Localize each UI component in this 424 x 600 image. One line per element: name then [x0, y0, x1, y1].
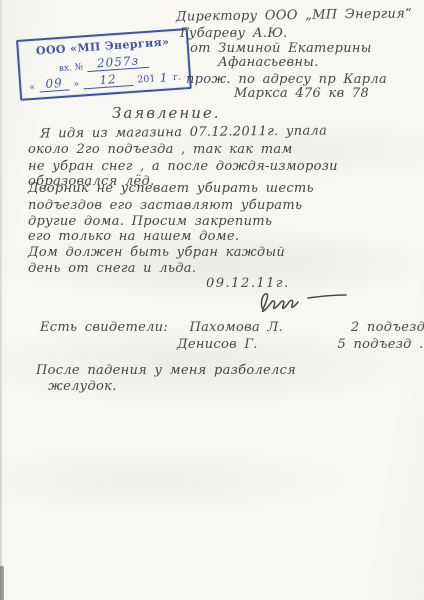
- body-line: другие дома. Просим закрепить: [28, 214, 272, 229]
- stamp-month: 12: [83, 72, 133, 89]
- witness-name: Денисов Г.: [177, 337, 305, 352]
- sender-line: от Зиминой Екатерины: [190, 41, 372, 56]
- address-line: Маркса 476 кв 78: [234, 86, 369, 101]
- recipient-line: Губареву А.Ю.: [180, 26, 288, 41]
- stamp-close-quote: »: [73, 79, 80, 90]
- witness-name: Пахомова Л.: [189, 320, 317, 335]
- scan-edge-shadow: [0, 0, 2, 600]
- body-line: день от снега и льда.: [28, 261, 196, 276]
- body-line: подъездов его заставляют убирать: [28, 198, 302, 213]
- witnesses-label: Есть свидетели:: [40, 320, 168, 335]
- stamp-year-suffix: г.: [173, 72, 182, 84]
- witness-unit: 5 подъезд .: [337, 337, 423, 352]
- body-line: его только на нашем доме.: [28, 229, 239, 244]
- document-title: Заявление.: [112, 104, 221, 122]
- recipient-line: Директору ООО „МП Энергия“: [176, 6, 412, 24]
- postscript-line: После падения у меня разболелся: [36, 363, 296, 378]
- body-line: не убран снег , а после дождя-изморози: [28, 159, 338, 174]
- signature: [252, 286, 352, 320]
- stamp-entry-label: вх. №: [59, 62, 84, 74]
- body-line: Дворник не успевает убирать шесть: [28, 181, 314, 196]
- witness-unit: 2 подъезд: [351, 320, 424, 335]
- scanned-handwritten-letter: ООО «МП Энергия» вх. № 2057з « 09 » 12 2…: [0, 0, 424, 600]
- body-line: около 2го подъезда , так как там: [28, 142, 293, 157]
- postscript-line: желудок.: [48, 379, 117, 394]
- stamp-entry-number: 2057з: [87, 54, 150, 72]
- stamp-year-printed: 201: [137, 73, 156, 85]
- signature-icon: [252, 286, 352, 316]
- body-line: Дом должен быть убран каждый: [28, 245, 285, 260]
- body-line: Я идя из магазина 07.12.2011г. упала: [40, 123, 327, 141]
- stamp-year-written: 1: [159, 71, 168, 84]
- address-line: прож. по адресу пр Карла: [186, 72, 387, 87]
- company-stamp: ООО «МП Энергия» вх. № 2057з « 09 » 12 2…: [16, 28, 192, 101]
- stamp-open-quote: «: [29, 82, 36, 93]
- sender-line: Афанасьевны.: [218, 55, 319, 70]
- scan-corner-mark: [0, 566, 4, 600]
- stamp-day: 09: [39, 76, 69, 92]
